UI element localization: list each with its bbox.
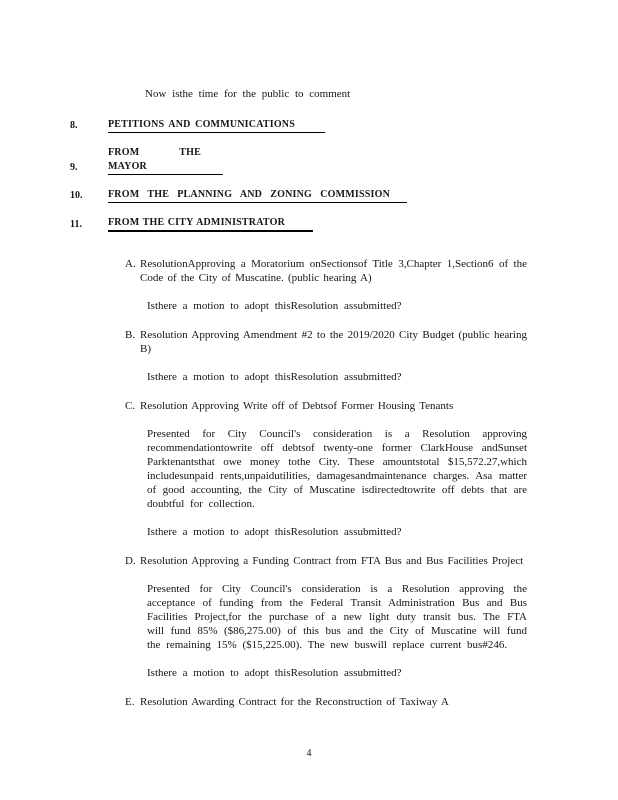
agenda-document-page: Now isthe time for the public to comment… — [0, 0, 618, 800]
section-number: 8. — [70, 119, 108, 133]
section-number: 9. — [70, 161, 108, 175]
section-row-petitions: 8. PETITIONS AND COMMUNICATIONS — [0, 118, 618, 133]
section-list: 8. PETITIONS AND COMMUNICATIONS 9. FROM … — [0, 118, 618, 232]
public-comment-line: Now isthe time for the public to comment — [145, 87, 618, 101]
agenda-item-d: D. Resolution Approving a Funding Contra… — [125, 554, 527, 680]
section-title: FROM THE PLANNING AND ZONING COMMISSION — [108, 188, 407, 203]
motion-question: Isthere a motion to adopt thisResolution… — [147, 370, 527, 384]
item-title: Resolution Awarding Contract for the Rec… — [140, 695, 527, 709]
item-heading: A. ResolutionApproving a Moratorium onSe… — [125, 257, 527, 285]
item-heading: C. Resolution Approving Write off of Deb… — [125, 399, 527, 413]
agenda-item-b: B. Resolution Approving Amendment #2 to … — [125, 328, 527, 384]
item-title: Resolution Approving Write off of Debtso… — [140, 399, 527, 413]
section-row-planning-zoning: 10. FROM THE PLANNING AND ZONING COMMISS… — [0, 188, 618, 203]
page-number: 4 — [0, 747, 618, 761]
item-heading: E. Resolution Awarding Contract for the … — [125, 695, 527, 709]
item-title: Resolution Approving a Funding Contract … — [140, 554, 527, 568]
section-title: FROM THE MAYOR — [108, 146, 223, 175]
motion-question: Isthere a motion to adopt thisResolution… — [147, 666, 527, 680]
section-row-city-administrator: 11. FROM THE CITY ADMINISTRATOR — [0, 216, 618, 232]
item-title: ResolutionApproving a Moratorium onSecti… — [140, 257, 527, 285]
agenda-item-e: E. Resolution Awarding Contract for the … — [125, 695, 527, 709]
item-letter: A. — [125, 257, 140, 285]
item-paragraph: Presented for City Council's considerati… — [147, 427, 527, 511]
item-letter: D. — [125, 554, 140, 568]
agenda-item-c: C. Resolution Approving Write off of Deb… — [125, 399, 527, 539]
item-heading: B. Resolution Approving Amendment #2 to … — [125, 328, 527, 356]
section-number: 10. — [70, 189, 108, 203]
item-letter: B. — [125, 328, 140, 356]
item-letter: C. — [125, 399, 140, 413]
item-heading: D. Resolution Approving a Funding Contra… — [125, 554, 527, 568]
agenda-item-a: A. ResolutionApproving a Moratorium onSe… — [125, 257, 527, 313]
section-number: 11. — [70, 218, 108, 232]
item-paragraph: Presented for City Council's considerati… — [147, 582, 527, 652]
section-title: FROM THE CITY ADMINISTRATOR — [108, 216, 313, 232]
agenda-item-list: A. ResolutionApproving a Moratorium onSe… — [0, 257, 618, 709]
item-title: Resolution Approving Amendment #2 to the… — [140, 328, 527, 356]
motion-question: Isthere a motion to adopt thisResolution… — [147, 299, 527, 313]
section-title: PETITIONS AND COMMUNICATIONS — [108, 118, 325, 133]
section-row-mayor: 9. FROM THE MAYOR — [0, 146, 618, 175]
motion-question: Isthere a motion to adopt thisResolution… — [147, 525, 527, 539]
item-letter: E. — [125, 695, 140, 709]
